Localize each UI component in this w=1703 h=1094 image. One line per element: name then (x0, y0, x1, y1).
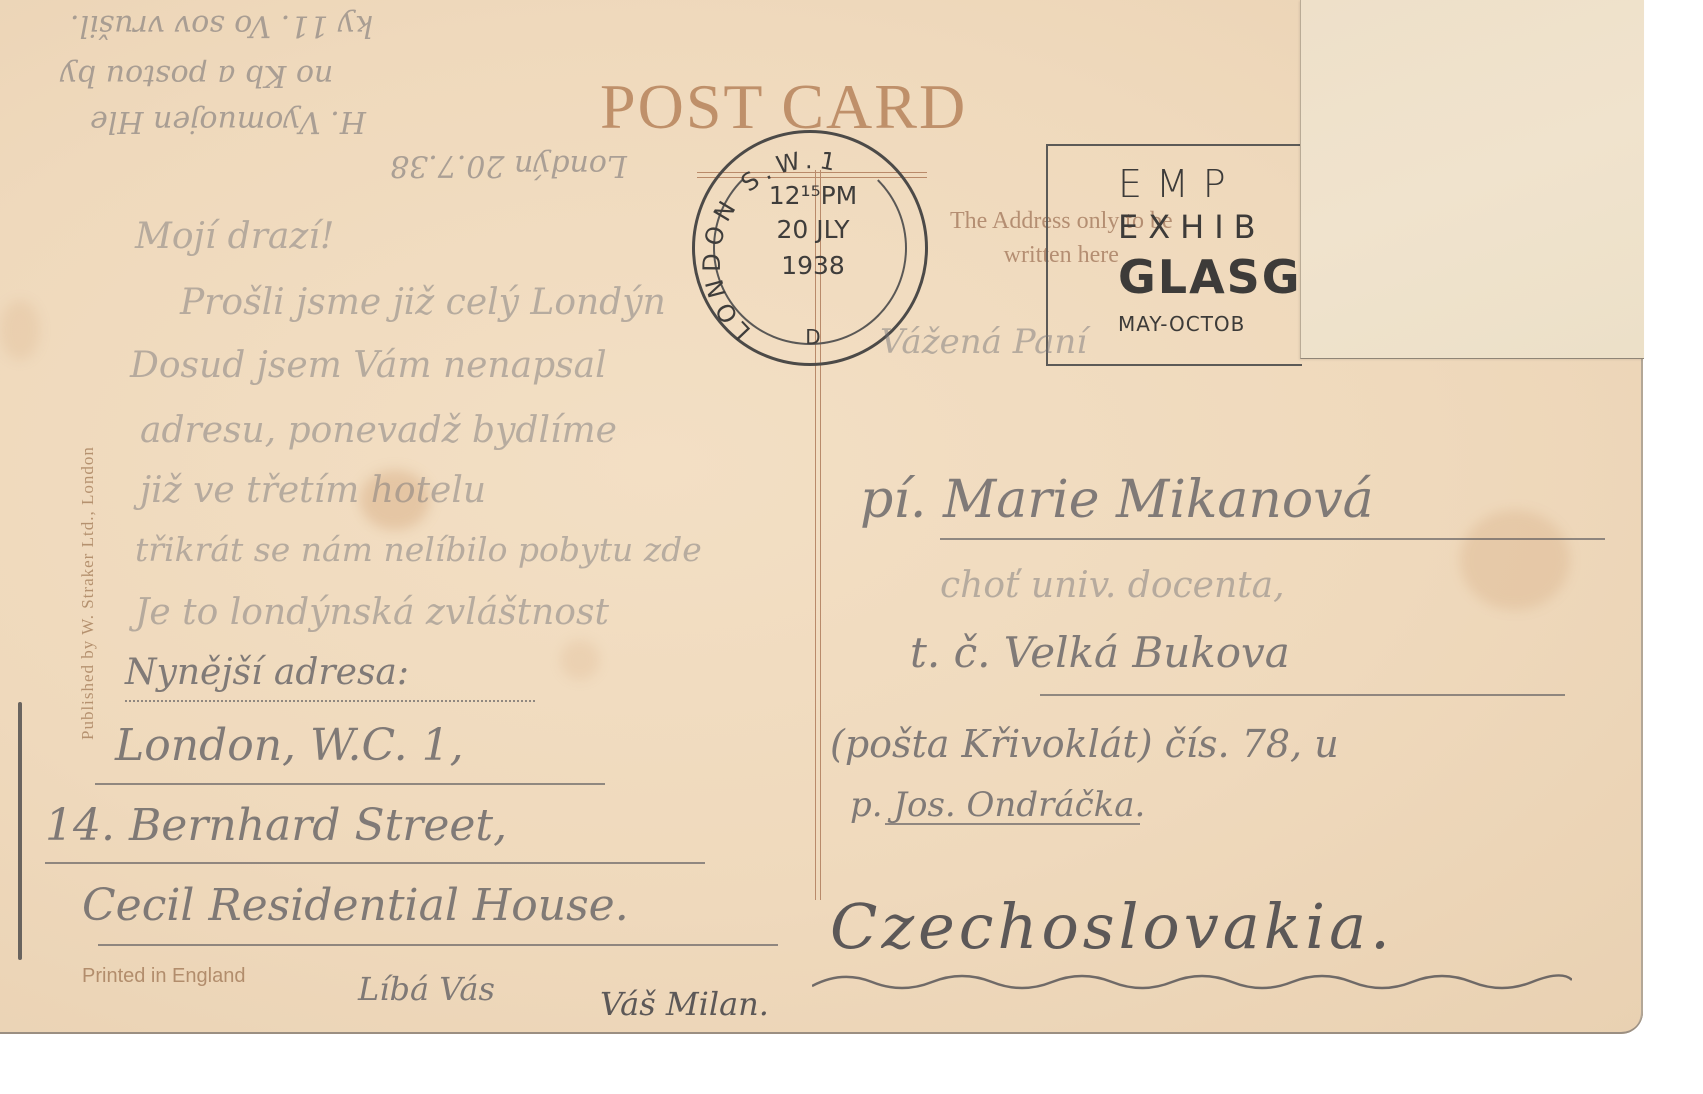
margin-bracket-mark (18, 702, 22, 960)
svg-text:LONDON S.W.1: LONDON S.W.1 (698, 146, 844, 345)
message-line: již ve třetím hotelu (140, 470, 486, 511)
recipient-line: (pošta Křivoklát) čís. 78, u (830, 722, 1339, 766)
recipient-line: t. č. Velká Bukova (910, 628, 1290, 677)
message-line: Je to londýnská zvláštnost (135, 592, 609, 633)
slogan-line3: GLASG (1118, 250, 1302, 304)
upside-down-note-line: no Kb a postou by (60, 58, 333, 93)
postmark-time: 12¹⁵PM (695, 181, 931, 210)
address-line-street: 14. Bernhard Street, (45, 800, 507, 851)
postmark-year: 1938 (695, 251, 931, 280)
recipient-line: choť univ. docenta, (940, 565, 1285, 606)
publisher-imprint: Published by W. Straker Ltd., London (78, 446, 98, 740)
recipient-line: p. Jos. Ondráčka. (850, 785, 1145, 825)
message-line: třikrát se nám nelíbilo pobytu zde (135, 530, 702, 569)
address-line-house: Cecil Residential House. (82, 880, 629, 931)
closing-line: Líbá Vás (358, 970, 495, 1008)
salutation-fragment: Vážená Paní (880, 322, 1087, 362)
slogan-line1: EMP (1118, 162, 1240, 206)
stain (1460, 510, 1570, 610)
recipient-line-underline (885, 823, 1140, 825)
postmark-date: 20 JLY (695, 215, 931, 244)
printed-in-england: Printed in England (82, 965, 245, 988)
current-address-underline (125, 700, 535, 702)
postcard-back: POST CARD Published by W. Straker Ltd., … (0, 0, 1643, 1034)
recipient-name-underline (940, 538, 1605, 540)
recipient-line-underline (1040, 694, 1565, 696)
stain (0, 300, 40, 360)
stain (560, 640, 600, 680)
upside-down-note-line: Londýn 20.7.38 (390, 148, 627, 183)
message-line: Dosud jsem Vám nenapsal (130, 345, 607, 386)
address-line-city: London, W.C. 1, (115, 720, 464, 771)
message-line: Prošli jsme již celý Londýn (180, 282, 666, 323)
stamp-area-flap (1300, 0, 1644, 359)
address-underline (95, 783, 605, 785)
signature: Váš Milan. (600, 985, 769, 1023)
upside-down-note-line: ky 11. Vo sov vrušil. (70, 8, 373, 43)
slogan-line2: EXHIB (1118, 208, 1266, 246)
message-line: adresu, ponevadž bydlíme (140, 410, 617, 451)
current-address-label: Nynější adresa: (125, 652, 409, 693)
slogan-line4: MAY-OCTOB (1118, 312, 1245, 336)
country-wavy-underline (812, 970, 1572, 992)
address-underline (45, 862, 705, 864)
recipient-name: pí. Marie Mikanová (860, 470, 1374, 530)
recipient-country: Czechoslovakia. (830, 890, 1394, 963)
address-underline (98, 944, 778, 946)
upside-down-note-line: H. Vyomuojen Hle (90, 104, 366, 139)
message-greeting: Mojí drazí! (135, 216, 334, 257)
